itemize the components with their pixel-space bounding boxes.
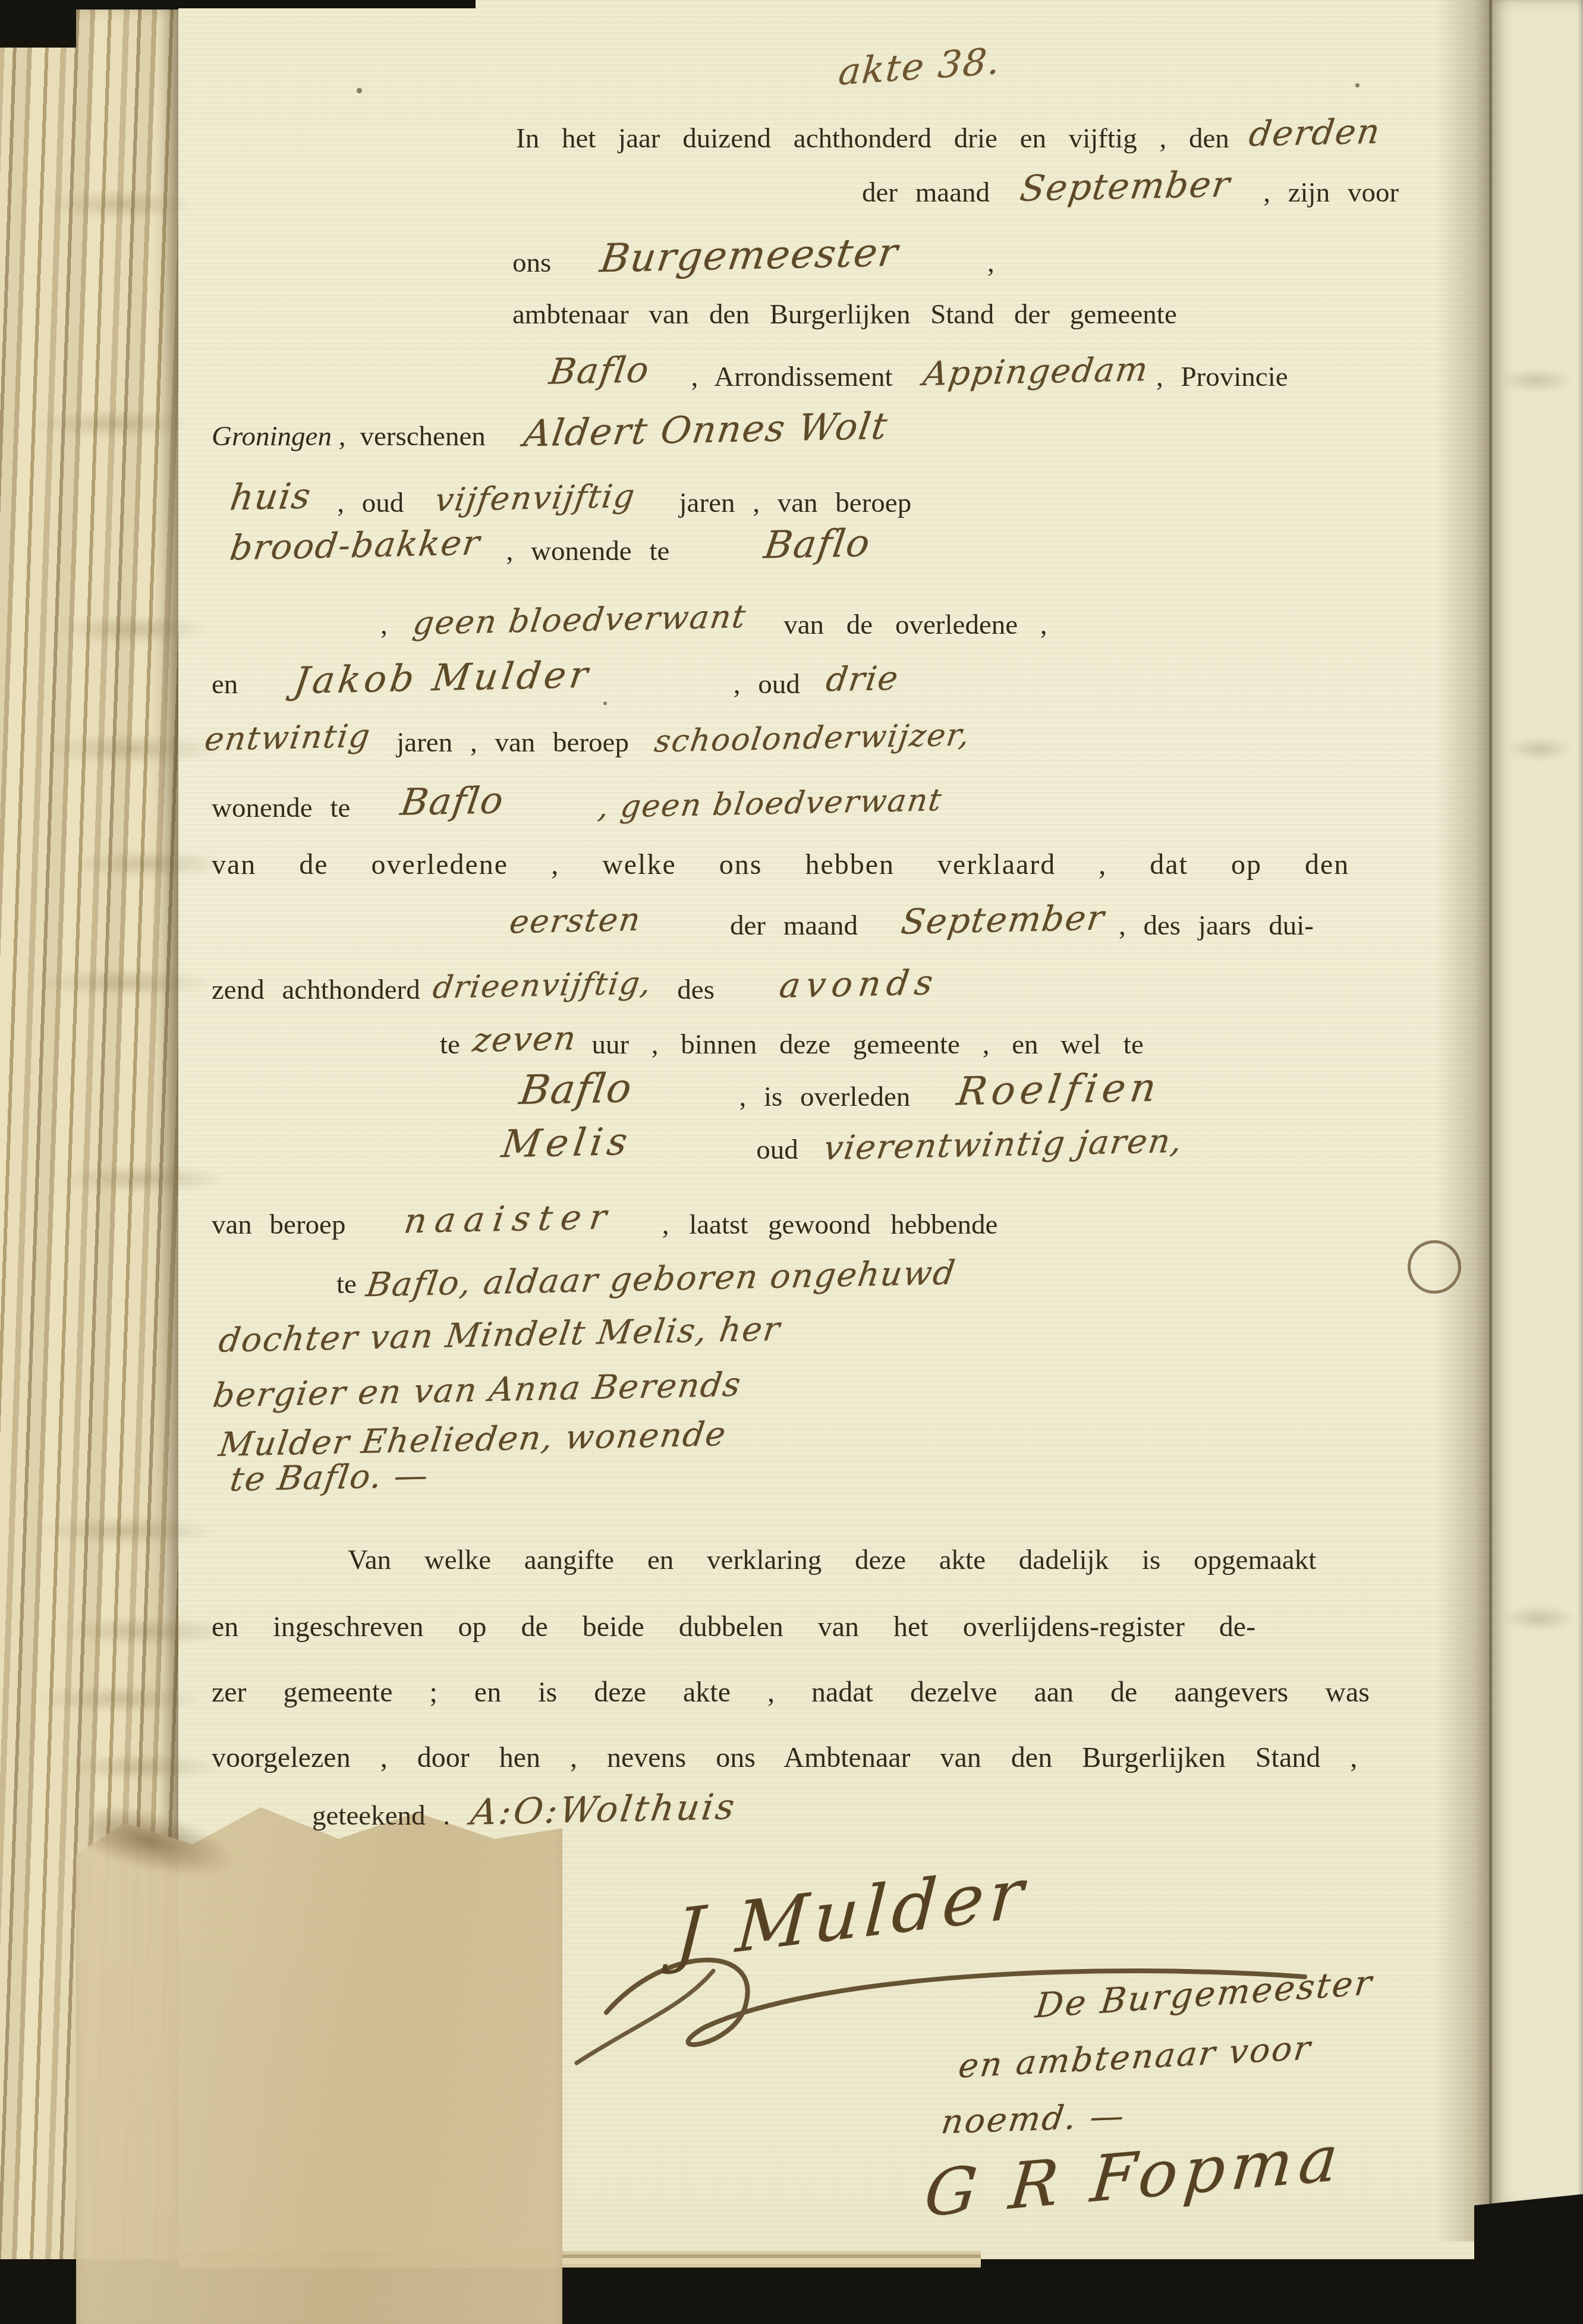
handwritten-text: Melis — [499, 1122, 634, 1165]
handwritten-text: Baflo — [517, 1067, 635, 1112]
act-line-5: Baflo, ArrondissementAppingedam, Provinc… — [550, 356, 1288, 393]
handwritten-text: vijfenvijftig — [433, 479, 638, 517]
act-line-10: enJakob Mulder, ouddrie — [212, 661, 898, 700]
printed-text: , des jaars dui- — [1119, 910, 1314, 941]
handwritten-text: entwintig — [203, 719, 373, 757]
printed-text: , wonende te — [506, 536, 669, 567]
handwritten-text: eersten — [508, 903, 643, 939]
act-line-11: entwintigjaren , van beroepschoolonderwi… — [205, 724, 970, 758]
bleedthrough-mark — [59, 1165, 226, 1193]
act-line-17: Baflo, is overledenRoelfien — [520, 1071, 1160, 1114]
act-line-3: onsBurgemeester, — [512, 238, 995, 279]
handwritten-text: Appingedam — [921, 353, 1151, 392]
act-line-28: voorgelezen , door hen , nevens ons Ambt… — [212, 1743, 1357, 1773]
scanner-background — [0, 0, 76, 48]
printed-text: wonende te — [212, 793, 350, 823]
bleedthrough-mark — [71, 850, 226, 878]
page-fold-shadow — [1436, 0, 1492, 2241]
act-line-26: en ingeschreven op de beide dubbelen van… — [212, 1612, 1255, 1642]
handwritten-text: geen bloedverwant — [411, 600, 748, 640]
handwritten-text: A:O:Wolthuis — [468, 1788, 739, 1831]
handwritten-text: bergier en van Anna Berends — [211, 1368, 744, 1414]
paper-repair-patch — [76, 1797, 562, 2324]
bleedthrough-mark — [1501, 369, 1572, 392]
next-page-edge — [1489, 0, 1583, 2209]
act-line-16: tezevenuur , binnen deze gemeente , en w… — [440, 1026, 1144, 1061]
paper-speck — [1355, 83, 1359, 87]
handwritten-text: naaister — [402, 1199, 618, 1239]
handwritten-text: Baflo — [761, 524, 873, 566]
act-line-1: In het jaar duizend achthonderd drie en … — [516, 118, 1380, 154]
bleedthrough-mark — [36, 1685, 202, 1713]
printed-text: In het jaar duizend achthonderd drie en … — [516, 123, 1229, 154]
act-line-21: dochter van Mindelt Melis, her — [220, 1321, 779, 1356]
act-line-18: Melisoudvierentwintig jaren, — [502, 1127, 1182, 1166]
handwritten-text: brood-bakker — [228, 525, 483, 567]
printed-text: van de overledene , welke ons hebben ver… — [212, 849, 1349, 880]
handwritten-text: schoolonderwijzer, — [652, 719, 973, 758]
printed-text: en — [212, 669, 238, 700]
printed-text: , — [987, 247, 995, 278]
printed-text: voorgelezen , door hen , nevens ons Ambt… — [212, 1742, 1357, 1773]
handwritten-text: Aldert Onnes Wolt — [521, 407, 890, 453]
handwritten-text: Mulder Ehelieden, wonende — [217, 1417, 729, 1463]
signature-4: noemd. — — [939, 2097, 1128, 2142]
printed-text: ambtenaar van den Burgerlijken Stand der… — [512, 299, 1177, 330]
handwritten-text: September — [1018, 166, 1233, 207]
printed-text: , Arrondissement — [691, 361, 892, 392]
handwritten-text: Roelfien — [955, 1067, 1163, 1112]
printed-text: , oud — [337, 488, 404, 518]
act-line-22: bergier en van Anna Berends — [214, 1376, 741, 1411]
act-number-text: akte 38. — [837, 42, 1003, 92]
printed-text: , Provincie — [1156, 361, 1288, 392]
printed-text: te — [440, 1029, 460, 1060]
printed-text: te — [336, 1269, 357, 1300]
printed-text: , is overleden — [739, 1081, 910, 1112]
act-line-20: teBaflo, aldaar geboren ongehuwd — [336, 1265, 955, 1300]
printed-text: jaren , van beroep — [396, 727, 629, 758]
paper-speck — [357, 88, 362, 93]
act-line-25: Van welke aangifte en verklaring deze ak… — [348, 1546, 1316, 1575]
act-line-4: ambtenaar van den Burgerlijken Stand der… — [512, 300, 1177, 329]
handwritten-text: drieenvijftig, — [430, 967, 653, 1004]
handwritten-text: drie — [824, 662, 901, 698]
handwritten-text: derden — [1247, 114, 1383, 152]
printed-text: der maand — [730, 910, 858, 941]
act-line-2: der maandSeptember, zijn voor — [862, 171, 1399, 209]
printed-text: geteekend . — [312, 1800, 450, 1831]
printed-text: zer gemeente ; en is deze akte , nadat d… — [212, 1677, 1370, 1708]
handwritten-text: September — [899, 900, 1107, 940]
handwritten-text: Baflo — [547, 351, 652, 391]
printed-text: Van welke aangifte en verklaring deze ak… — [348, 1545, 1316, 1575]
printed-text: ons — [512, 247, 551, 278]
act-line-29: geteekend .A:O:Wolthuis — [312, 1794, 736, 1832]
handwritten-text: vierentwintig jaren, — [822, 1124, 1185, 1166]
printed-text: van beroep — [212, 1209, 345, 1240]
handwritten-text: Baflo — [399, 781, 507, 822]
printed-text: oud — [756, 1134, 798, 1165]
bleedthrough-mark — [65, 1754, 220, 1780]
paper-speck — [603, 702, 607, 705]
act-line-14: eerstender maandSeptember, des jaars dui… — [510, 905, 1314, 941]
printed-text: Groningen , — [212, 421, 345, 452]
printed-text: , zijn voor — [1263, 177, 1399, 208]
act-line-23: Mulder Ehelieden, wonende — [220, 1426, 726, 1461]
printed-text: des — [677, 974, 715, 1005]
printed-text: verschenen — [360, 421, 485, 452]
act-line-7: huis, oudvijfenvijftigjaren , van beroep — [231, 482, 911, 519]
bleedthrough-mark — [36, 410, 190, 438]
handwritten-text: te Baflo. — — [228, 1459, 431, 1498]
act-line-9: ,geen bloedverwantvan de overledene , — [380, 606, 1047, 640]
printed-text: van de overledene , — [783, 609, 1047, 640]
bleedthrough-mark — [48, 190, 190, 219]
printed-text: , — [380, 609, 388, 640]
scanner-background — [1474, 2194, 1583, 2276]
printed-text: uur , binnen deze gemeente , en wel te — [591, 1029, 1143, 1060]
handwritten-text: Burgemeester — [598, 232, 902, 279]
printed-text: en ingeschreven op de beide dubbelen van… — [212, 1611, 1255, 1643]
act-line-27: zer gemeente ; en is deze akte , nadat d… — [212, 1678, 1370, 1707]
handwritten-text: avonds — [777, 964, 941, 1004]
handwritten-text: Jakob Mulder — [292, 655, 594, 700]
handwritten-text: zeven — [471, 1021, 579, 1058]
bleedthrough-mark — [36, 969, 214, 996]
printed-text: zend achthonderd — [212, 974, 420, 1005]
printed-text: jaren , van beroep — [679, 488, 912, 518]
bleedthrough-mark — [56, 1617, 235, 1646]
act-number: akte 38. — [839, 50, 1000, 89]
act-line-13: van de overledene , welke ons hebben ver… — [212, 850, 1349, 880]
register-page-scan: akte 38. In het jaar duizend achthonderd… — [0, 0, 1583, 2324]
act-line-24: te Baflo. — — [231, 1464, 429, 1499]
act-line-15: zend achthonderddrieenvijftig,desavonds — [212, 969, 938, 1005]
printed-text: der maand — [862, 177, 990, 208]
act-line-8: brood-bakker, wonende teBaflo — [231, 528, 870, 568]
bleedthrough-mark — [1507, 737, 1572, 761]
printed-text: , laatst gewoond hebbende — [662, 1209, 998, 1240]
handwritten-text: , geen bloedverwant — [596, 784, 944, 824]
handwritten-text: huis — [228, 478, 313, 517]
bleedthrough-mark — [36, 1516, 214, 1546]
bleedthrough-mark — [56, 615, 211, 644]
act-line-19: van beroepnaaister, laatst gewoond hebbe… — [212, 1204, 997, 1240]
printed-text: , oud — [734, 669, 800, 700]
bleedthrough-mark — [42, 734, 220, 764]
act-line-6: Groningen ,verschenenAldert Onnes Wolt — [212, 413, 888, 452]
bleedthrough-mark — [1504, 1605, 1575, 1631]
act-line-12: wonende teBaflo, geen bloedverwant — [212, 785, 942, 823]
